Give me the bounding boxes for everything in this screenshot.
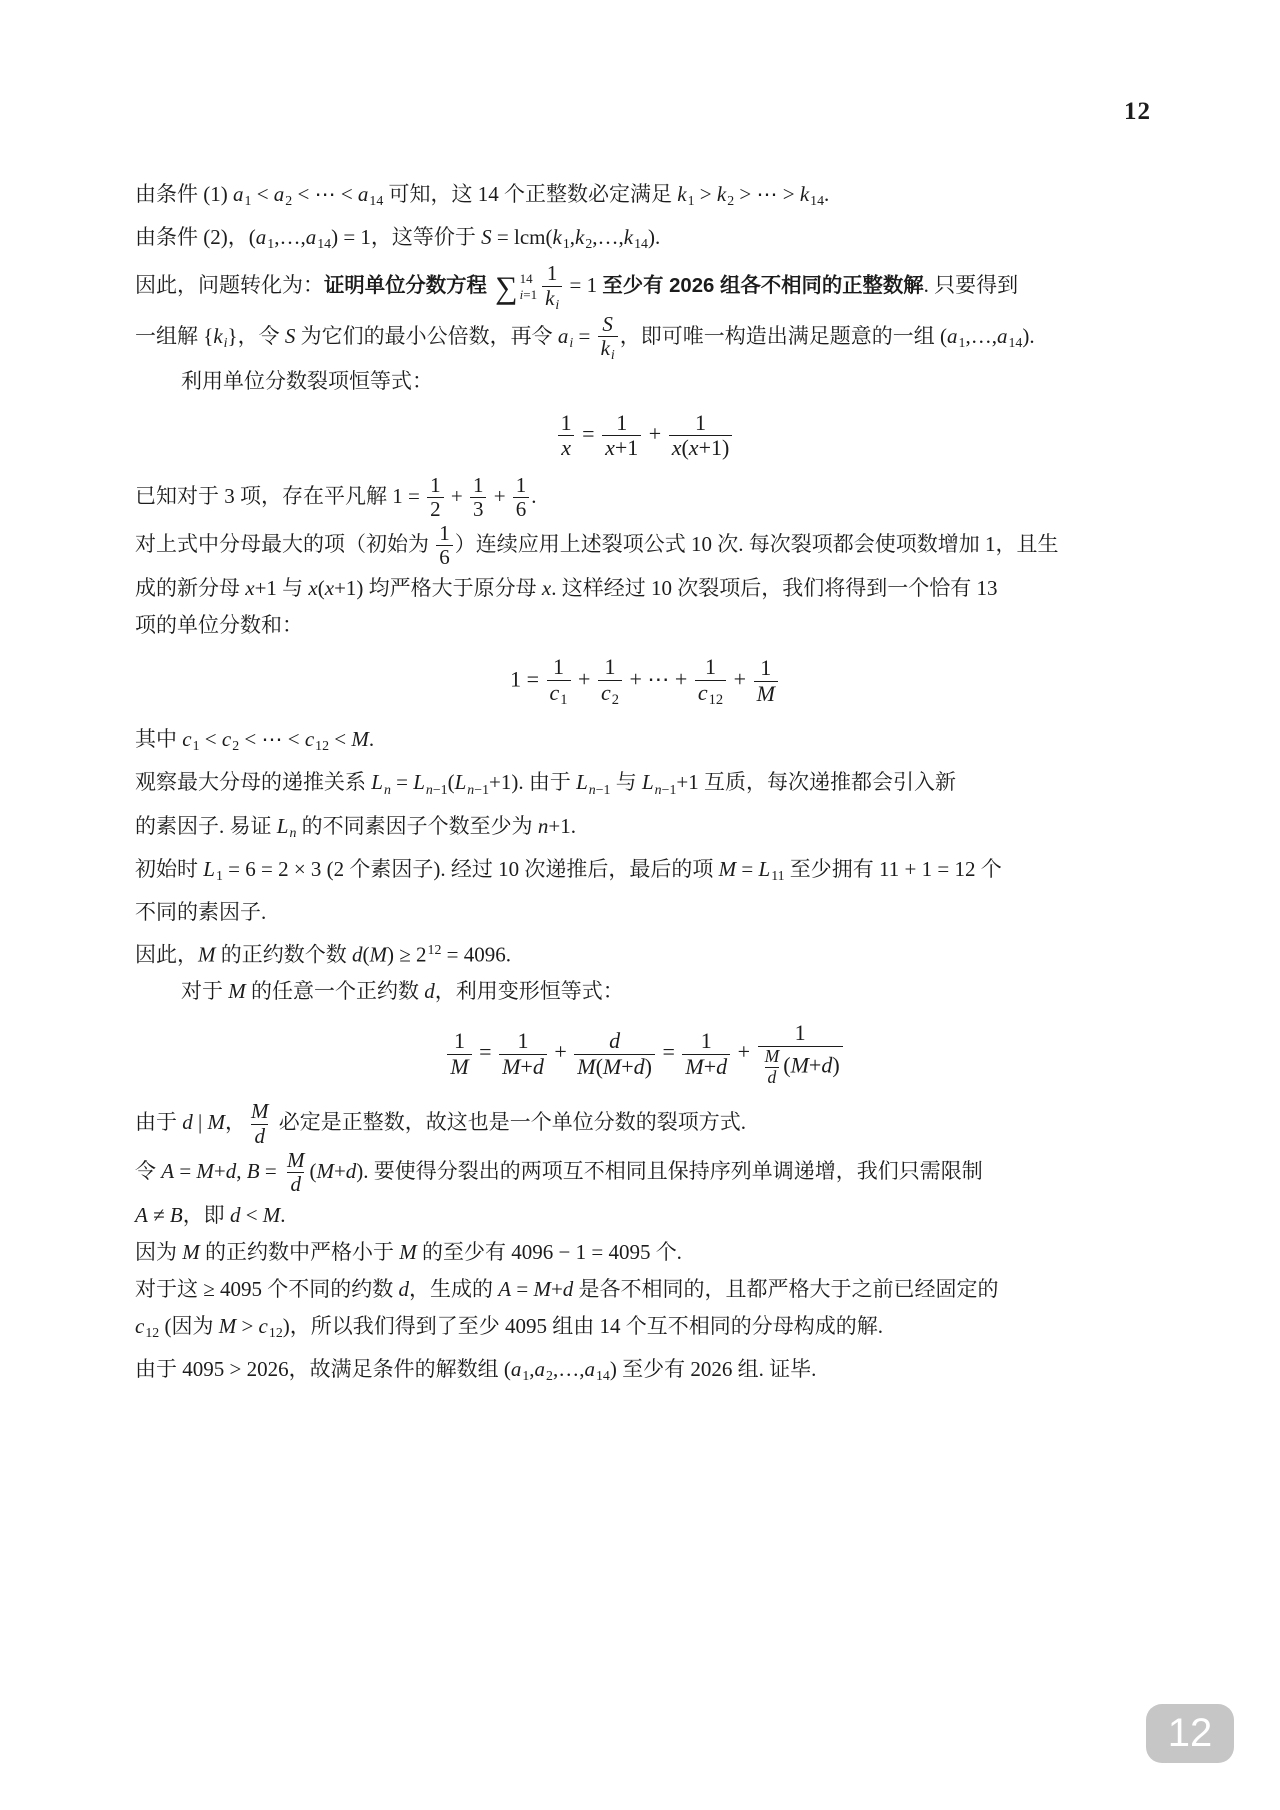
text-line: 已知对于 3 项，存在平凡解 1 = 12 + 13 + 16. (135, 474, 1155, 522)
text-line: 对于这 ≥ 4095 个不同的约数 d，生成的 A = M+d 是各不相同的，且… (135, 1271, 1155, 1308)
text-line: 由条件 (2)，(a1,…,a14) = 1，这等价于 S = lcm(k1,k… (135, 219, 1155, 262)
text-line: 观察最大分母的递推关系 Ln = Ln−1(Ln−1+1). 由于 Ln−1 与… (135, 764, 1155, 807)
text-line: 一组解 {ki}，令 S 为它们的最小公倍数，再令 ai = Ski，即可唯一构… (135, 313, 1155, 363)
text-line: A ≠ B，即 d < M. (135, 1197, 1155, 1234)
text-line: 对于 M 的任意一个正约数 d，利用变形恒等式： (135, 973, 1155, 1010)
text-line: 因此，M 的正约数个数 d(M) ≥ 212 = 4096. (135, 931, 1155, 974)
document-page: 12 由条件 (1) a1 < a2 < ⋯ < a14 可知，这 14 个正整… (0, 0, 1280, 1810)
text-line: 因此，问题转化为：证明单位分数方程 ∑14i=11ki = 1 至少有 2026… (135, 262, 1155, 312)
text-line: 不同的素因子. (135, 894, 1155, 931)
display-equation: 1M = 1M+d + dM(M+d) = 1M+d + 1Md(M+d) (135, 1021, 1155, 1087)
text-line: c12 (因为 M > c12)，所以我们得到了至少 4095 组由 14 个互… (135, 1308, 1155, 1351)
page-number-badge: 12 (1146, 1704, 1234, 1763)
text-line: 由条件 (1) a1 < a2 < ⋯ < a14 可知，这 14 个正整数必定… (135, 176, 1155, 219)
text-line: 初始时 L1 = 6 = 2 × 3 (2 个素因子). 经过 10 次递推后，… (135, 851, 1155, 894)
text-line: 的素因子. 易证 Ln 的不同素因子个数至少为 n+1. (135, 808, 1155, 851)
text-line: 成的新分母 x+1 与 x(x+1) 均严格大于原分母 x. 这样经过 10 次… (135, 570, 1155, 607)
display-equation: 1x = 1x+1 + 1x(x+1) (135, 411, 1155, 461)
text-line: 由于 d | M，Md 必定是正整数，故这也是一个单位分数的裂项方式. (135, 1100, 1155, 1148)
text-line: 其中 c1 < c2 < ⋯ < c12 < M. (135, 721, 1155, 764)
text-line: 利用单位分数裂项恒等式： (135, 363, 1155, 400)
display-equation: 1 = 1c1 + 1c2 + ⋯ + 1c12 + 1M (135, 655, 1155, 708)
text-line: 因为 M 的正约数中严格小于 M 的至少有 4096 − 1 = 4095 个. (135, 1234, 1155, 1271)
text-line: 令 A = M+d, B = Md(M+d). 要使得分裂出的两项互不相同且保持… (135, 1149, 1155, 1197)
text-line: 项的单位分数和： (135, 607, 1155, 644)
text-line: 由于 4095 > 2026，故满足条件的解数组 (a1,a2,…,a14) 至… (135, 1351, 1155, 1394)
page-number-top: 12 (1124, 98, 1151, 126)
document-body: 由条件 (1) a1 < a2 < ⋯ < a14 可知，这 14 个正整数必定… (135, 176, 1155, 1394)
page-number-badge-label: 12 (1168, 1711, 1213, 1756)
text-line: 对上式中分母最大的项（初始为 16）连续应用上述裂项公式 10 次. 每次裂项都… (135, 522, 1155, 570)
